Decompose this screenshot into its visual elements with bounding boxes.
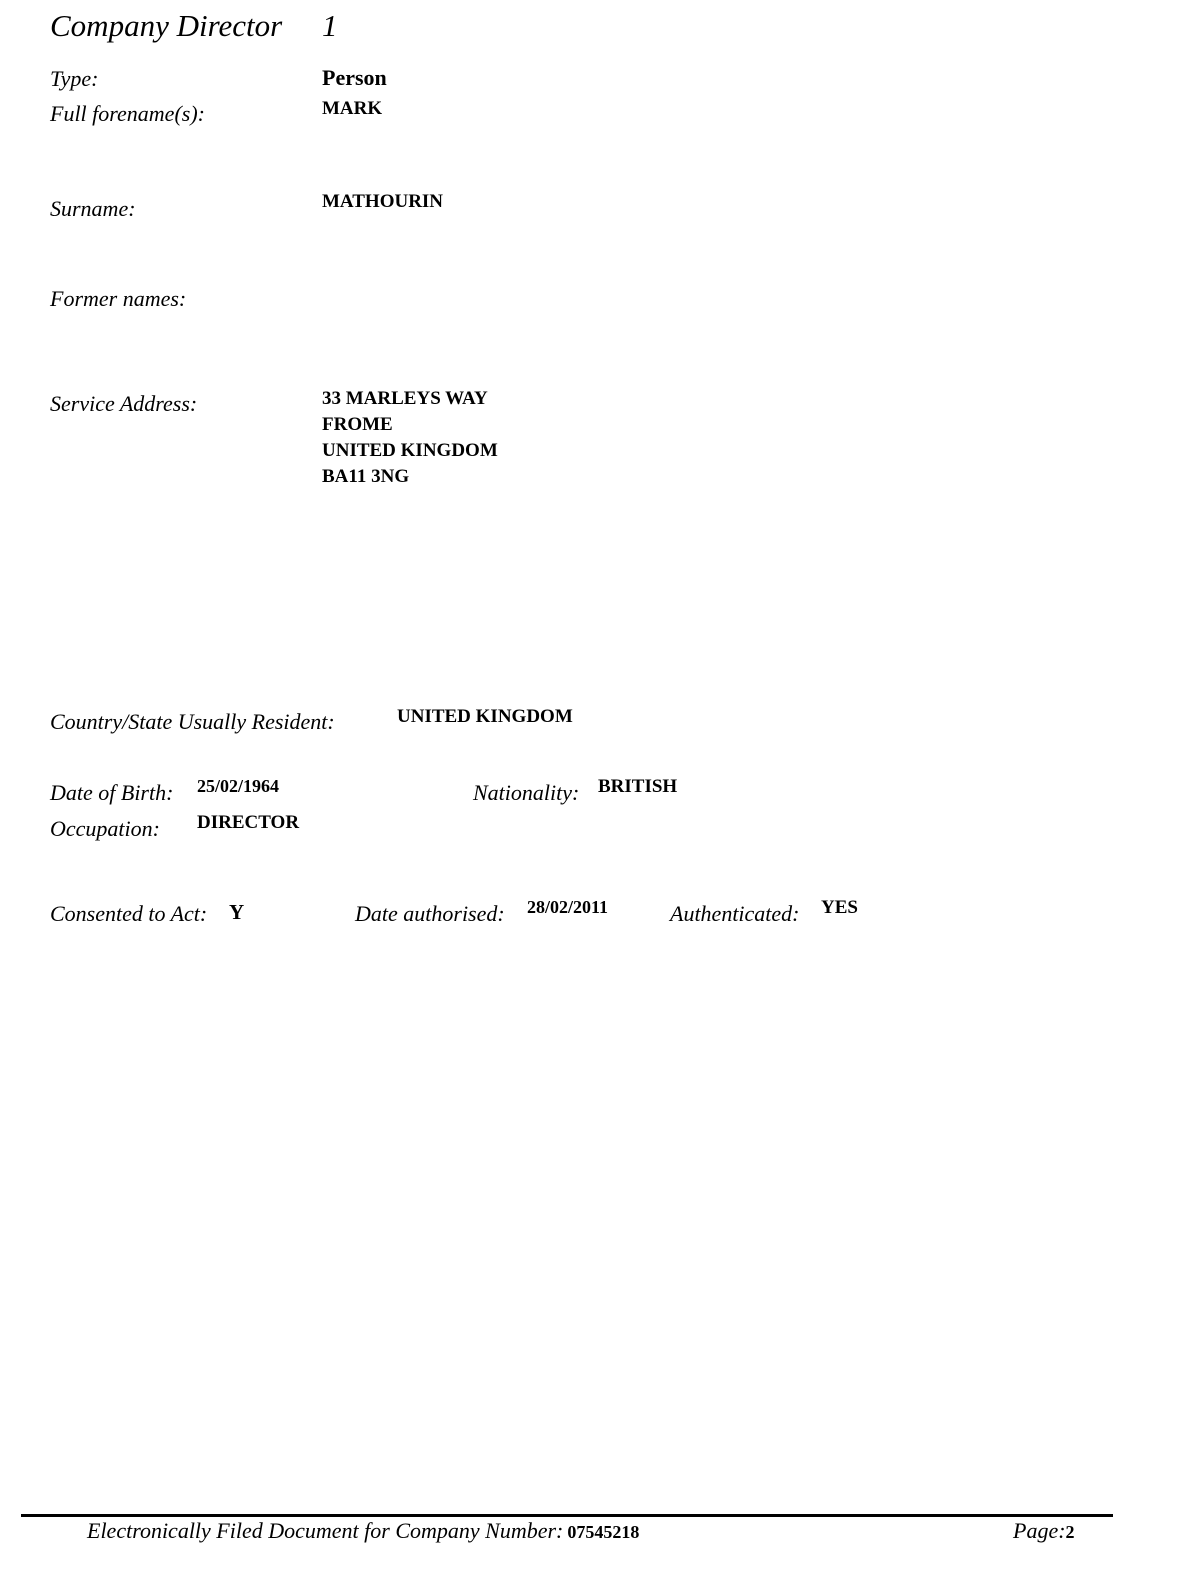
surname-label: Surname:: [50, 196, 136, 222]
date-authorised-label: Date authorised:: [355, 901, 505, 927]
service-address-value: 33 MARLEYS WAY FROME UNITED KINGDOM BA11…: [322, 386, 498, 490]
company-number: 07545218: [567, 1522, 639, 1542]
nationality-value: BRITISH: [598, 776, 677, 798]
forenames-value: MARK: [322, 98, 382, 120]
service-address-label: Service Address:: [50, 391, 197, 417]
address-line: 33 MARLEYS WAY: [322, 386, 498, 412]
surname-value: MATHOURIN: [322, 191, 443, 213]
country-resident-value: UNITED KINGDOM: [397, 706, 573, 728]
type-label: Type:: [50, 66, 98, 92]
type-value: Person: [322, 65, 387, 91]
occupation-label: Occupation:: [50, 816, 160, 842]
country-resident-label: Country/State Usually Resident:: [50, 709, 335, 735]
address-line: FROME: [322, 412, 498, 438]
consented-label: Consented to Act:: [50, 901, 207, 927]
forenames-label: Full forename(s):: [50, 101, 205, 127]
former-names-label: Former names:: [50, 286, 186, 312]
dob-value: 25/02/1964: [197, 776, 279, 797]
footer-filing-text: Electronically Filed Document for Compan…: [87, 1518, 639, 1544]
page-label: Page:: [1013, 1518, 1066, 1543]
footer-divider: [21, 1514, 1113, 1517]
address-line: UNITED KINGDOM: [322, 438, 498, 464]
authenticated-label: Authenticated:: [670, 901, 800, 927]
footer-label: Electronically Filed Document for Compan…: [87, 1518, 563, 1543]
dob-label: Date of Birth:: [50, 780, 173, 806]
page-indicator: Page:2: [1013, 1518, 1075, 1544]
address-line: BA11 3NG: [322, 464, 498, 490]
date-authorised-value: 28/02/2011: [527, 897, 608, 918]
page-number: 2: [1066, 1522, 1075, 1542]
nationality-label: Nationality:: [473, 780, 579, 806]
consented-value: Y: [229, 900, 244, 925]
section-number: 1: [322, 8, 338, 44]
authenticated-value: YES: [821, 897, 858, 919]
section-title: Company Director: [50, 8, 282, 44]
occupation-value: DIRECTOR: [197, 812, 299, 834]
